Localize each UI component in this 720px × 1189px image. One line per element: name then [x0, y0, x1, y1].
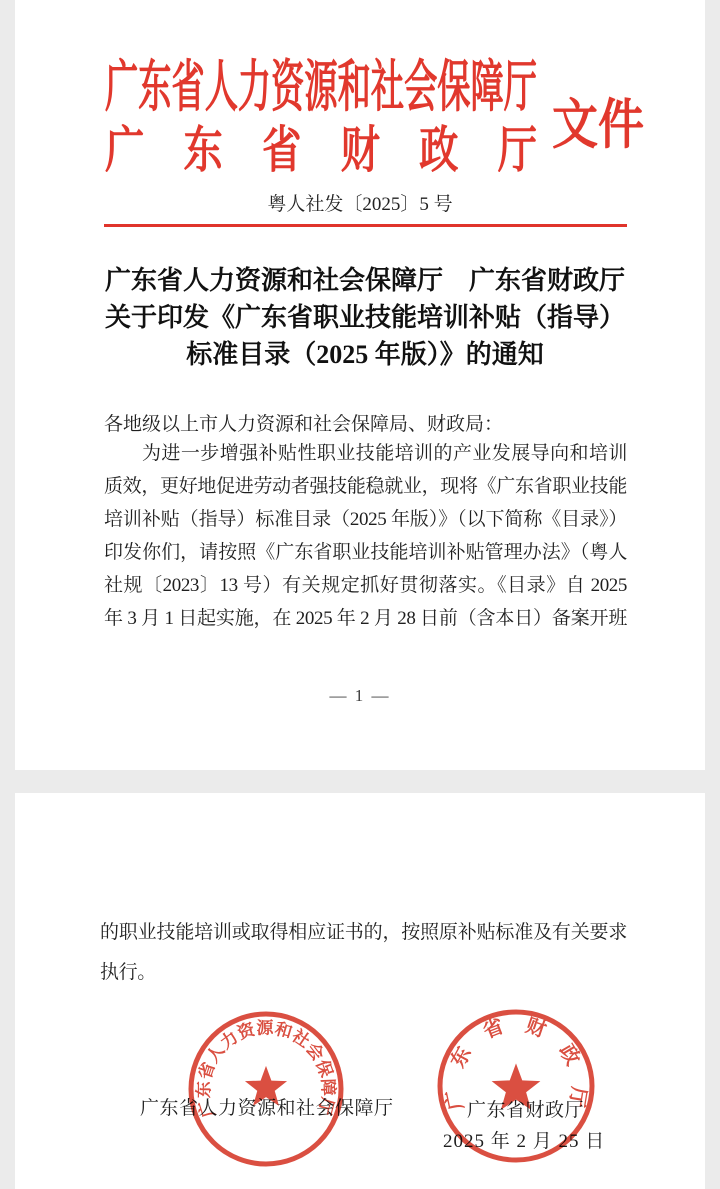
red-separator-line	[104, 224, 627, 227]
document-page-2: 的职业技能培训或取得相应证书的，按照原补贴标准及有关要求 执行。 广东省人力资源…	[15, 793, 705, 1189]
body-paragraph-line: 年 3 月 1 日起实施，在 2025 年 2 月 28 日前（含本日）备案开班	[104, 602, 627, 635]
body-paragraph-line: 印发你们，请按照《广东省职业技能培训补贴管理办法》（粤人	[104, 536, 627, 569]
body-paragraph-line: 社规〔2023〕13 号）有关规定抓好贯彻落实。《目录》自 2025	[104, 569, 627, 602]
right-official-seal: 广东省财政厅	[436, 1009, 596, 1165]
document-scroll-area[interactable]: 广东省人力资源和社会保障厅 广 东 省 财 政 厅 文件 粤人社发〔2025〕5…	[0, 0, 720, 1189]
letterhead-doc-type-label: 文件	[552, 95, 644, 155]
document-page-1: 广东省人力资源和社会保障厅 广 东 省 财 政 厅 文件 粤人社发〔2025〕5…	[15, 0, 705, 770]
seal-star-icon	[492, 1063, 541, 1109]
doc-number: 粤人社发〔2025〕5 号	[15, 192, 705, 218]
salutation: 各地级以上市人力资源和社会保障局、财政局：	[104, 412, 503, 438]
body-paragraph: 为进一步增强补贴性职业技能培训的产业发展导向和培训 质效，更好地促进劳动者强技能…	[104, 437, 627, 635]
letterhead-org-line2: 广 东 省 财 政 厅	[105, 122, 537, 172]
continuation-line: 的职业技能培训或取得相应证书的，按照原补贴标准及有关要求	[100, 913, 627, 953]
seal-star-icon	[245, 1066, 287, 1106]
page-number: — 1 —	[15, 686, 705, 706]
body-paragraph-line: 质效，更好地促进劳动者强技能稳就业，现将《广东省职业技能	[104, 470, 627, 503]
continuation-paragraph: 的职业技能培训或取得相应证书的，按照原补贴标准及有关要求 执行。	[100, 913, 627, 993]
notice-title-line-1: 广东省人力资源和社会保障厅 广东省财政厅	[75, 262, 655, 299]
left-official-seal: 广东省人力资源和社会保障厅	[187, 1011, 345, 1169]
notice-title-line-3: 标准目录（2025 年版）》的通知	[75, 336, 655, 373]
continuation-line: 执行。	[100, 953, 627, 993]
notice-title-line-2: 关于印发《广东省职业技能培训补贴（指导）	[75, 299, 655, 336]
body-paragraph-line: 培训补贴（指导）标准目录（2025 年版）》（以下简称《目录》）	[104, 503, 627, 536]
body-paragraph-line: 为进一步增强补贴性职业技能培训的产业发展导向和培训	[104, 437, 627, 470]
red-letterhead: 广东省人力资源和社会保障厅 广 东 省 财 政 厅 文件	[100, 40, 648, 172]
letterhead-org-line1: 广东省人力资源和社会保障厅	[105, 57, 537, 119]
notice-title: 广东省人力资源和社会保障厅 广东省财政厅 关于印发《广东省职业技能培训补贴（指导…	[75, 262, 655, 373]
